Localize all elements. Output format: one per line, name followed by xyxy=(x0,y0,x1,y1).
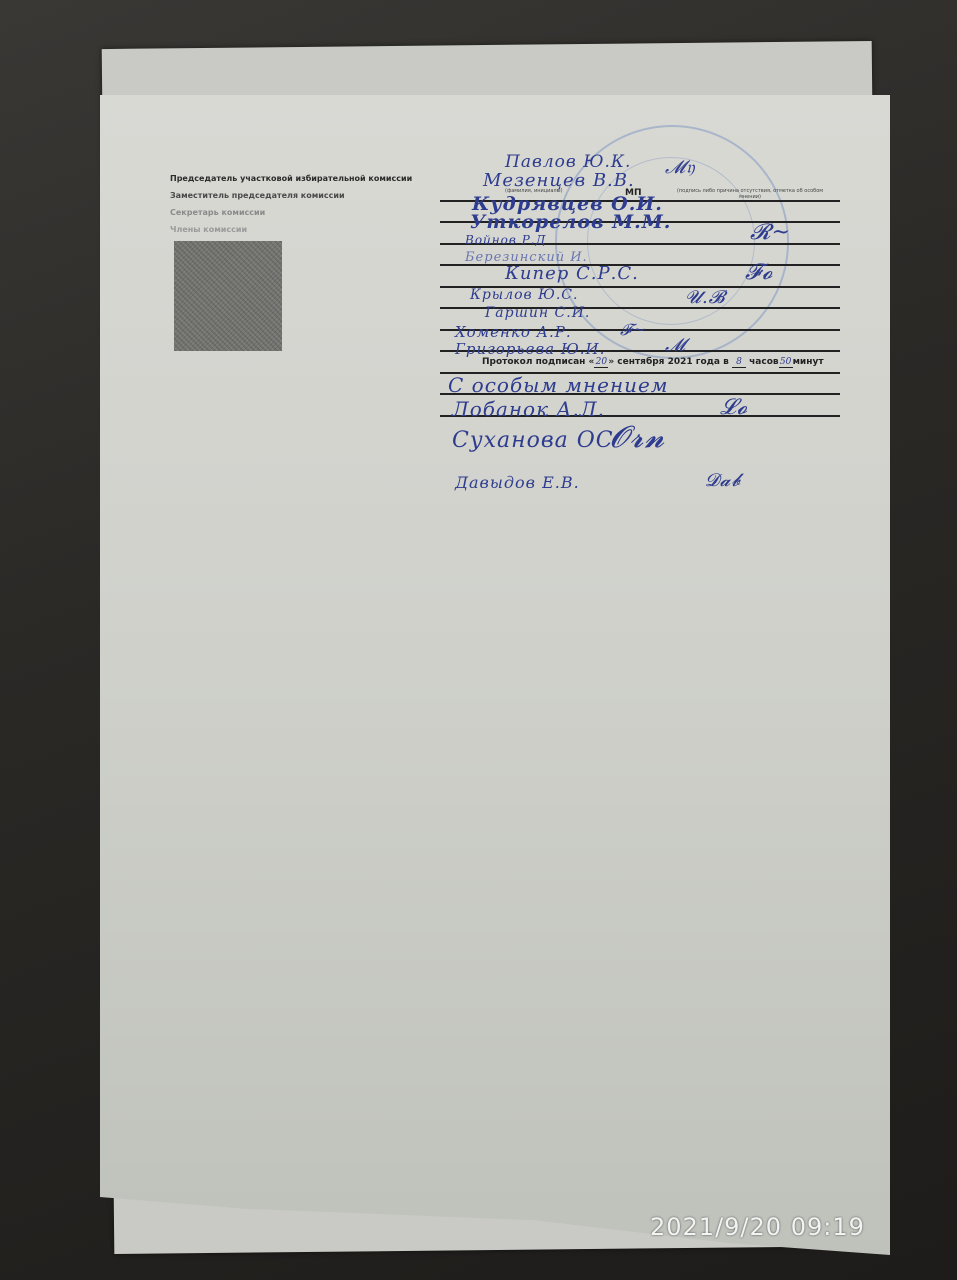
hour-value: 8 xyxy=(732,357,746,368)
handwritten-name: Хоменко А.Р. xyxy=(455,323,572,341)
signature-scribble: 𝓕~ xyxy=(620,320,647,340)
handwritten-name: Кипер С.Р.С. xyxy=(505,263,639,284)
special-opinion-name: Суханова ОС xyxy=(452,428,614,453)
signature-scribble: 𝓓𝓪𝓫 xyxy=(705,470,742,491)
special-opinion-name: Лобанок А.Л. xyxy=(452,397,605,421)
role-deputy: Заместитель председателя комиссии xyxy=(170,187,412,204)
day-value: 20 xyxy=(594,357,608,368)
signature-line xyxy=(440,266,840,288)
signature-scribble: 𝓜𝔶 xyxy=(665,157,696,178)
roles-list: Председатель участковой избирательной ко… xyxy=(170,170,412,238)
handwritten-name: Павлов Ю.К. xyxy=(505,152,631,172)
signature-scribble: 𝓞𝓻𝓷 xyxy=(610,420,665,455)
role-members: Члены комиссии xyxy=(170,221,412,238)
signature-scribble: 𝓛𝓸 xyxy=(720,395,748,420)
signature-scribble: 𝓕𝓸 xyxy=(745,260,774,285)
protocol-signed-line: Протокол подписан «20» сентября 2021 год… xyxy=(482,357,824,368)
minute-value: 50 xyxy=(779,357,793,368)
signature-scribble: 𝓤.𝓑 xyxy=(685,287,726,308)
handwritten-name: Крылов Ю.С. xyxy=(470,287,578,303)
handwritten-name: Войнов Р.Д xyxy=(465,233,546,247)
special-opinion-heading: С особым мнением xyxy=(448,373,668,397)
handwritten-name: Григорьева Ю.И. xyxy=(455,340,605,358)
signature-scribble: 𝓡~ xyxy=(750,220,791,245)
handwritten-name: Гаршин С.И. xyxy=(485,305,590,321)
role-secretary: Секретарь комиссии xyxy=(170,204,412,221)
signature-scribble: 𝓜 xyxy=(665,335,686,356)
handwritten-name: Уткорелов М.М. xyxy=(470,211,671,233)
handwritten-name: Мезенцев В.В. xyxy=(483,170,635,191)
role-chairman: Председатель участковой избирательной ко… xyxy=(170,170,412,187)
signature-caption: (подпись либо причина отсутствия, отметк… xyxy=(670,188,830,200)
photo-timestamp: 2021/9/20 09:19 xyxy=(650,1213,865,1241)
qr-code xyxy=(174,241,282,351)
document-page: Председатель участковой избирательной ко… xyxy=(100,95,890,1255)
special-opinion-name: Давыдов Е.В. xyxy=(455,473,580,492)
